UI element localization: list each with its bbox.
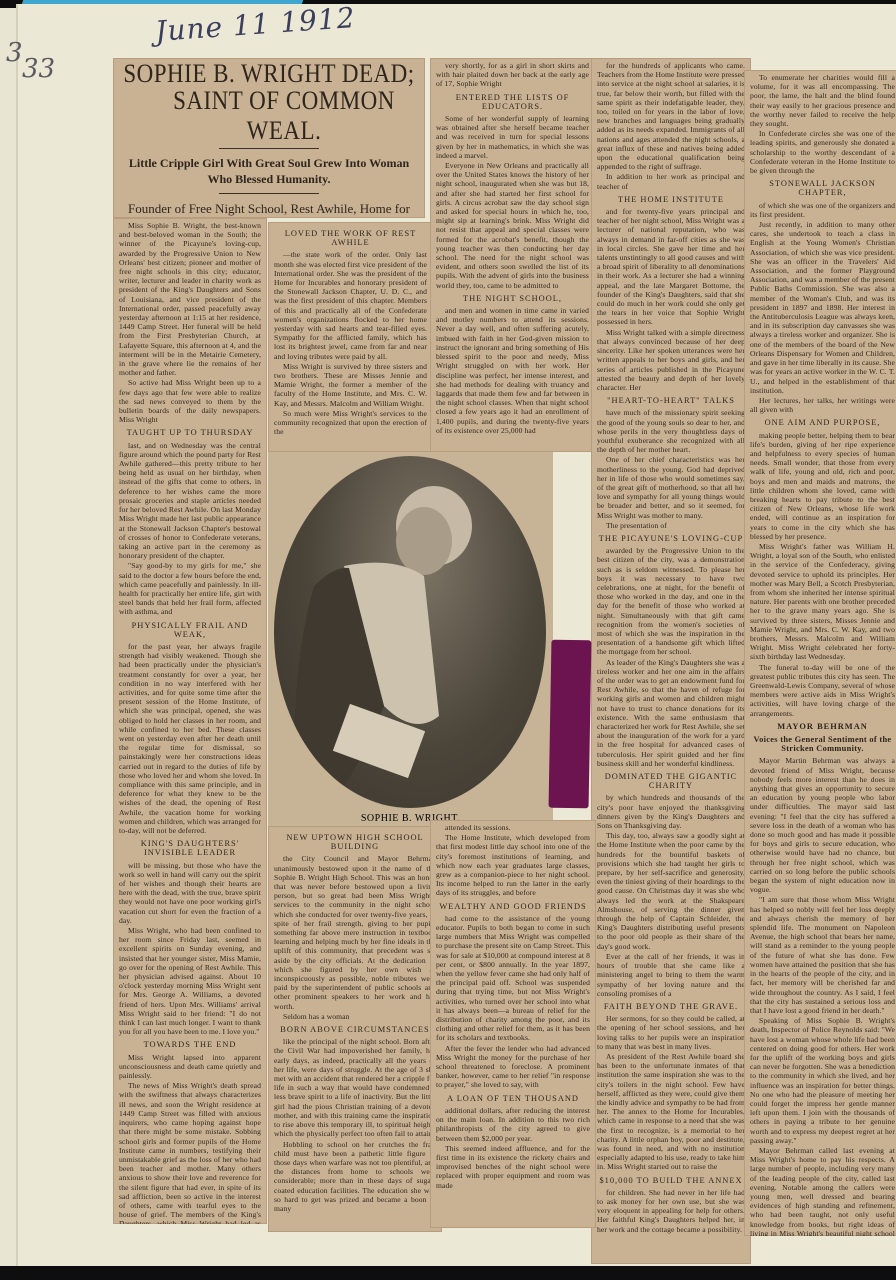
paragraph: Just recently, in addition to many other… (750, 220, 895, 395)
page-number-prev: 3 (6, 38, 23, 68)
paragraph: Mayor Behrman called last evening at Mis… (750, 1146, 895, 1236)
paragraph: In addition to her work as principal and… (597, 172, 745, 190)
paragraph: This day, too, always saw a goodly sight… (597, 831, 745, 951)
paragraph: Mayor Martin Behrman was always a devote… (750, 756, 895, 894)
paragraph: have much of the missionary spirit seeki… (597, 408, 745, 454)
paragraph: The presentation of (597, 521, 745, 530)
background-edge (0, 1266, 896, 1280)
section-heading: STONEWALL JACKSON CHAPTER, (750, 179, 895, 197)
paragraph: Her lectures, her talks, her writings we… (750, 396, 895, 414)
paragraph: last, and on Wednesday was the central f… (119, 441, 261, 561)
paragraph: very shortly, for as a girl in short ski… (436, 61, 589, 89)
paragraph: will be missing, but those who have the … (119, 861, 261, 925)
article-column-3-bottom: attended its sessions. The Home Institut… (430, 820, 596, 1228)
section-subheading: Voices the General Sentiment of the Stri… (750, 735, 895, 753)
headline-line-1: SOPHIE B. WRIGHT DEAD; (113, 59, 425, 89)
headline-line-2: SAINT OF COMMON WEAL. (113, 86, 425, 146)
paragraph: Her sermons, for so they could be called… (597, 1014, 745, 1051)
paragraph: Miss Wright talked with a simple directn… (597, 328, 745, 392)
section-heading: LOVED THE WORK OF REST AWHILE (274, 229, 427, 247)
paragraph: Miss Wright lapsed into apparent unconsc… (119, 1053, 261, 1081)
section-heading: $10,000 TO BUILD THE ANNEX (597, 1176, 745, 1185)
paragraph: To enumerate her charities would fill a … (750, 73, 895, 128)
section-heading: "HEART-TO-HEART" TALKS (597, 396, 745, 405)
article-column-2-bottom: NEW UPTOWN HIGH SCHOOL BUILDING the City… (268, 826, 442, 1232)
paragraph: the City Council and Mayor Behrman unani… (274, 854, 436, 1010)
paragraph: had come to the assistance of the young … (436, 914, 590, 1043)
section-heading: KING'S DAUGHTERS' INVISIBLE LEADER (119, 839, 261, 857)
paragraph: for the past year, her always fragile st… (119, 642, 261, 835)
paragraph: making people better, helping them to be… (750, 431, 895, 541)
paragraph: and for twenty-five years principal and … (597, 207, 745, 327)
paragraph: awarded by the Progressive Union to the … (597, 546, 745, 656)
paragraph: Miss Wright's father was William H. Wrig… (750, 542, 895, 662)
paragraph: In Confederate circles she was one of th… (750, 129, 895, 175)
paragraph: additional dollars, after reducing the i… (436, 1106, 590, 1143)
portrait-oval (274, 456, 546, 808)
paragraph: Everyone in New Orleans and practically … (436, 161, 589, 290)
paragraph: —the state work of the order. Only last … (274, 250, 427, 360)
paragraph: So much were Miss Wright's services to t… (274, 409, 427, 437)
section-heading: TOWARDS THE END (119, 1040, 261, 1049)
paragraph: attended its sessions. (436, 823, 590, 832)
paragraph: "I am sure that those whom Miss Wright h… (750, 895, 895, 1015)
divider (219, 193, 319, 194)
article-column-3-top: very shortly, for as a girl in short ski… (430, 58, 595, 452)
paragraph: for children. She had never in her life … (597, 1188, 745, 1234)
section-heading: MAYOR BEHRMAN (750, 722, 895, 731)
paragraph: As leader of the King's Daughters she wa… (597, 658, 745, 768)
paragraph: As president of the Rest Awhile board sh… (597, 1052, 745, 1172)
paragraph: like the principal of the night school. … (274, 1037, 436, 1138)
paragraph: One of her chief characteristics was her… (597, 455, 745, 519)
section-heading: A LOAN OF TEN THOUSAND (436, 1094, 590, 1103)
article-column-1: Miss Sophie B. Wright, the best-known an… (113, 218, 267, 1224)
paragraph: The news of Miss Wright's death spread w… (119, 1081, 261, 1224)
ribbon-bookmark (549, 640, 592, 809)
section-heading: FAITH BEYOND THE GRAVE. (597, 1002, 745, 1011)
paragraph: The Home Institute, which developed from… (436, 833, 590, 897)
paragraph: This seemed indeed affluence, and for th… (436, 1144, 590, 1190)
section-heading: PHYSICALLY FRAIL AND WEAK, (119, 621, 261, 639)
paragraph: Some of her wonderful supply of learning… (436, 114, 589, 160)
divider (219, 148, 319, 149)
paragraph: Seldom has a woman (274, 1012, 436, 1021)
portrait-photo (268, 452, 553, 812)
paragraph: Speaking of Miss Sophie B. Wright's deat… (750, 1016, 895, 1145)
paragraph: and men and women in time came in varied… (436, 306, 589, 435)
paragraph: Hobbling to school on her crutches the f… (274, 1140, 436, 1214)
section-heading: TAUGHT UP TO THURSDAY (119, 428, 261, 437)
paragraph: Miss Sophie B. Wright, the best-known an… (119, 221, 261, 377)
summary-deck: Founder of Free Night School, Rest Awhil… (113, 200, 425, 218)
article-column-4: for the hundreds of applicants who came.… (591, 58, 751, 1264)
page-number: 33 (22, 54, 55, 84)
section-heading: WEALTHY AND GOOD FRIENDS (436, 902, 590, 911)
paragraph: Miss Wright is survived by three sisters… (274, 362, 427, 408)
headline-clipping: SOPHIE B. WRIGHT DEAD; SAINT OF COMMON W… (113, 58, 425, 218)
paragraph: of which she was one of the organizers a… (750, 201, 895, 219)
section-heading: THE NIGHT SCHOOL, (436, 294, 589, 303)
section-heading: DOMINATED THE GIGANTIC CHARITY (597, 772, 745, 790)
paragraph: by which hundreds and thousands of the c… (597, 793, 745, 830)
portrait-figure-icon (274, 456, 546, 808)
section-heading: BORN ABOVE CIRCUMSTANCES (274, 1025, 436, 1034)
section-heading: ENTERED THE LISTS OF EDUCATORS. (436, 93, 589, 111)
section-heading: THE HOME INSTITUTE (597, 195, 745, 204)
paragraph: Ever at the call of her friends, it was … (597, 952, 745, 998)
paragraph: for the hundreds of applicants who came.… (597, 61, 745, 171)
paragraph: The funeral to-day will be one of the gr… (750, 663, 895, 718)
paragraph: "Say good-by to my girls for me," she sa… (119, 561, 261, 616)
paragraph: After the fever the lender who had advan… (436, 1044, 590, 1090)
section-heading: THE PICAYUNE'S LOVING-CUP (597, 534, 745, 543)
section-heading: ONE AIM AND PURPOSE, (750, 418, 895, 427)
subheadline: Little Cripple Girl With Great Soul Grew… (113, 155, 425, 187)
section-heading: NEW UPTOWN HIGH SCHOOL BUILDING (274, 833, 436, 851)
article-column-2-top: LOVED THE WORK OF REST AWHILE —the state… (268, 222, 433, 452)
paragraph: So active had Miss Wright been up to a f… (119, 378, 261, 424)
article-column-5: To enumerate her charities would fill a … (744, 70, 896, 1236)
paragraph: Miss Wright, who had been confined to he… (119, 926, 261, 1036)
